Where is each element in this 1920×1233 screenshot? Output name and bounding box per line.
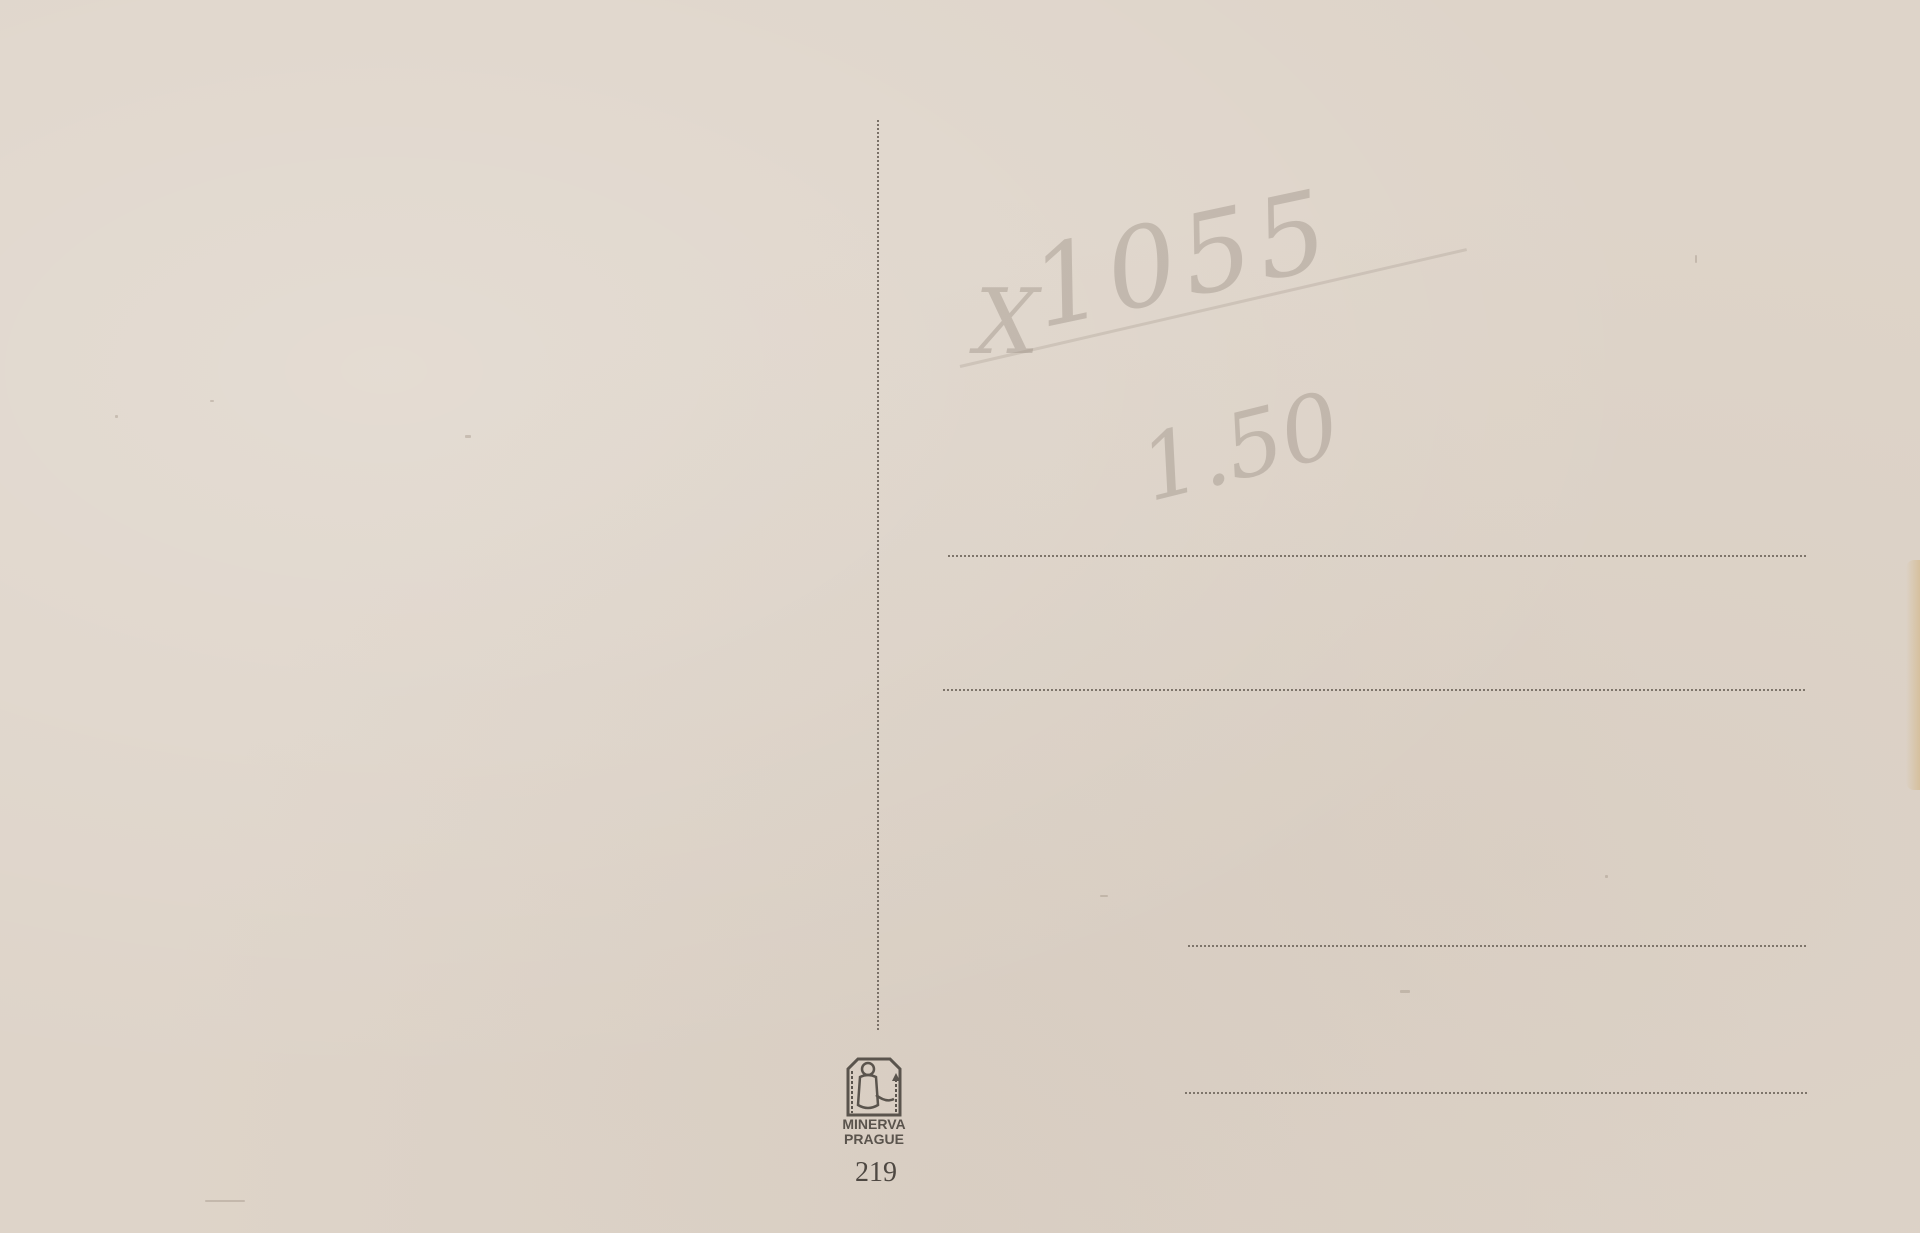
- address-line-4: [1185, 1092, 1807, 1094]
- address-line-3: [1188, 945, 1806, 947]
- torn-edge: [1906, 560, 1920, 790]
- pencil-note-lower: 1.50: [1130, 372, 1350, 522]
- address-line-1: [948, 555, 1806, 557]
- address-line-2: [943, 689, 1805, 691]
- paper-fiber: [1695, 255, 1697, 263]
- paper-fiber: [205, 1200, 245, 1202]
- logo-text-prague: PRAGUE: [838, 1132, 910, 1146]
- paper-fiber: [1400, 990, 1410, 993]
- vertical-divider: [877, 120, 879, 1030]
- logo-text-minerva: MINERVA: [838, 1117, 910, 1131]
- pencil-note-upper: 1055: [1020, 165, 1344, 353]
- paper-fiber: [115, 415, 118, 418]
- serial-number: 219: [843, 1157, 909, 1189]
- postcard-back: X 1055 1.50 MINERVA PRAGUE 219: [0, 0, 1920, 1233]
- paper-fiber: [210, 400, 214, 402]
- paper-fiber: [1605, 875, 1608, 878]
- paper-fiber: [465, 435, 471, 438]
- minerva-figure-icon: [838, 1055, 910, 1117]
- publisher-logo: MINERVA PRAGUE: [838, 1055, 910, 1150]
- paper-fiber: [1100, 895, 1108, 897]
